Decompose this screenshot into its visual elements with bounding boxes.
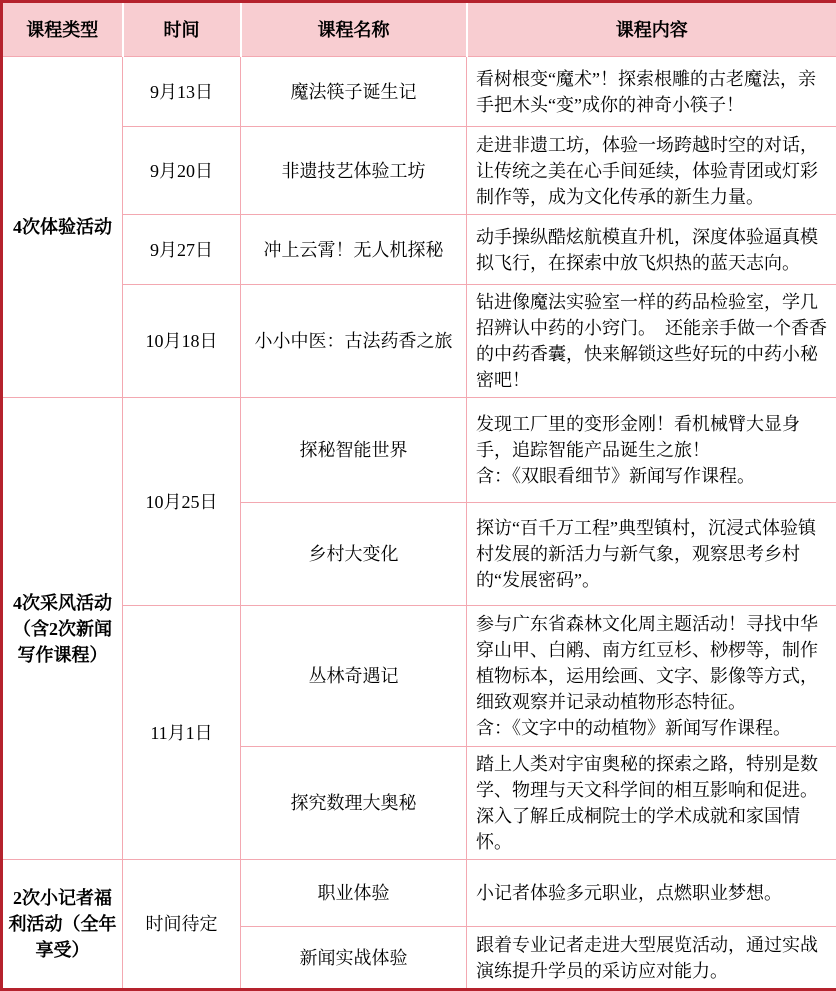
table-body: 4次体验活动9月13日魔法筷子诞生记看树根变“魔术”！探索根雕的古老魔法，亲手把… [2, 57, 836, 990]
time-cell: 9月27日 [123, 215, 241, 285]
course-content-cell: 看树根变“魔术”！探索根雕的古老魔法，亲手把木头“变”成你的神奇小筷子！ [467, 57, 836, 127]
course-type-cell: 2次小记者福利活动（全年享受） [2, 860, 123, 990]
course-content-cell: 踏上人类对宇宙奥秘的探索之路，特别是数学、物理与天文科学间的相互影响和促进。深入… [467, 747, 836, 860]
course-name-cell: 探秘智能世界 [241, 398, 467, 503]
course-content-cell: 发现工厂里的变形金刚！看机械臂大显身手，追踪智能产品诞生之旅！ 含：《双眼看细节… [467, 398, 836, 503]
header-course-content: 课程内容 [467, 2, 836, 57]
time-cell: 10月25日 [123, 398, 241, 606]
course-name-cell: 魔法筷子诞生记 [241, 57, 467, 127]
course-name-cell: 职业体验 [241, 860, 467, 927]
time-cell: 9月20日 [123, 127, 241, 215]
time-cell: 11月1日 [123, 606, 241, 860]
table-row: 10月18日小小中医：古法药香之旅钻进像魔法实验室一样的药品检验室，学几招辨认中… [2, 285, 836, 398]
course-name-cell: 非遗技艺体验工坊 [241, 127, 467, 215]
time-cell: 9月13日 [123, 57, 241, 127]
course-type-cell: 4次体验活动 [2, 57, 123, 398]
course-content-cell: 动手操纵酷炫航模直升机，深度体验逼真模拟飞行，在探索中放飞炽热的蓝天志向。 [467, 215, 836, 285]
course-content-cell: 参与广东省森林文化周主题活动！寻找中华穿山甲、白鹇、南方红豆杉、桫椤等，制作植物… [467, 606, 836, 747]
course-name-cell: 冲上云霄！无人机探秘 [241, 215, 467, 285]
course-name-cell: 丛林奇遇记 [241, 606, 467, 747]
course-content-cell: 小记者体验多元职业，点燃职业梦想。 [467, 860, 836, 927]
header-course-name: 课程名称 [241, 2, 467, 57]
table-row: 2次小记者福利活动（全年享受）时间待定职业体验小记者体验多元职业，点燃职业梦想。 [2, 860, 836, 927]
table-header-row: 课程类型 时间 课程名称 课程内容 [2, 2, 836, 57]
course-content-cell: 探访“百千万工程”典型镇村，沉浸式体验镇村发展的新活力与新气象，观察思考乡村的“… [467, 503, 836, 606]
course-content-cell: 走进非遗工坊，体验一场跨越时空的对话，让传统之美在心手间延续，体验青团或灯彩制作… [467, 127, 836, 215]
time-cell: 时间待定 [123, 860, 241, 990]
course-name-cell: 新闻实战体验 [241, 927, 467, 990]
table-row: 4次采风活动（含2次新闻写作课程）10月25日探秘智能世界发现工厂里的变形金刚！… [2, 398, 836, 503]
course-schedule-table-wrap: 课程类型 时间 课程名称 课程内容 4次体验活动9月13日魔法筷子诞生记看树根变… [0, 0, 836, 991]
course-content-cell: 钻进像魔法实验室一样的药品检验室，学几招辨认中药的小窍门。 还能亲手做一个香香的… [467, 285, 836, 398]
course-content-cell: 跟着专业记者走进大型展览活动，通过实战演练提升学员的采访应对能力。 [467, 927, 836, 990]
time-cell: 10月18日 [123, 285, 241, 398]
course-schedule-table: 课程类型 时间 课程名称 课程内容 4次体验活动9月13日魔法筷子诞生记看树根变… [0, 0, 836, 991]
header-time: 时间 [123, 2, 241, 57]
table-row: 9月20日非遗技艺体验工坊走进非遗工坊，体验一场跨越时空的对话，让传统之美在心手… [2, 127, 836, 215]
course-type-cell: 4次采风活动（含2次新闻写作课程） [2, 398, 123, 860]
course-name-cell: 小小中医：古法药香之旅 [241, 285, 467, 398]
table-row: 9月27日冲上云霄！无人机探秘动手操纵酷炫航模直升机，深度体验逼真模拟飞行，在探… [2, 215, 836, 285]
table-row: 11月1日丛林奇遇记参与广东省森林文化周主题活动！寻找中华穿山甲、白鹇、南方红豆… [2, 606, 836, 747]
table-row: 4次体验活动9月13日魔法筷子诞生记看树根变“魔术”！探索根雕的古老魔法，亲手把… [2, 57, 836, 127]
course-name-cell: 探究数理大奥秘 [241, 747, 467, 860]
header-course-type: 课程类型 [2, 2, 123, 57]
course-name-cell: 乡村大变化 [241, 503, 467, 606]
